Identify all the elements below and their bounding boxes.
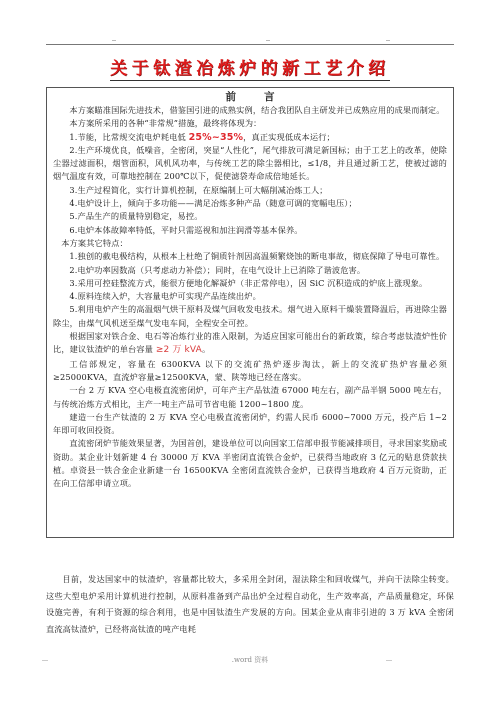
preface-paragraph: 1.节能，比常规交流电炉耗电低 25%~35%，真正实现低成本运行； (53, 131, 447, 144)
document-title: 关于钛渣冶炼炉的新工艺介绍 (0, 54, 500, 79)
preface-paragraph: 5.产品生产的质量特别稳定，易控。 (53, 210, 447, 223)
page-header-rule (46, 44, 454, 45)
paragraph-text: ，真正实现低成本运行； (243, 132, 335, 142)
paragraph-text: 1.节能，比常规交流电炉耗电低 (69, 132, 188, 142)
preface-paragraph: 5.利用电炉产生的高温烟气烘干原料及煤气回收发电技术。烟气进入原料干燥装置降温后… (53, 303, 447, 330)
header-tick-mark (386, 40, 390, 41)
body-paragraph: 目前，发达国家中的钛渣炉，容量都比较大，多采用全封闭，湿法除尘和回收煤气，并向干… (46, 571, 454, 638)
paragraph-text: 根据国家对铁合金、电石等冶炼行业的准入限制，为适应国家可能出台的新政策，综合考虑… (53, 331, 447, 354)
preface-paragraph: 2.生产环境优良，低噪音，全密闭，突显“人性化”，尾气排放可满足新国标；由于工艺… (53, 144, 447, 184)
body-text: 目前，发达国家中的钛渣炉，容量都比较大，多采用全封闭，湿法除尘和回收煤气，并向干… (46, 571, 454, 638)
preface-paragraph: 本方案所采用的各种“非常规”措施，最终将体现为： (53, 117, 447, 130)
preface-paragraph: 4.电炉设计上，倾向于多功能——满足冶炼多种产品（随意可调的宽幅电压）； (53, 197, 447, 210)
preface-paragraph: 6.电炉本体故障率特低，平时只需巡视和加注润滑等基本保养。 (53, 224, 447, 237)
page-footer: .word 资料 (0, 655, 500, 665)
preface-paragraph: 3.采用可控硅整流方式，能很方便地化解凝炉（非正常停电），因 SiC 沉积造成的… (53, 277, 447, 290)
preface-paragraph: 2.电炉功率因数高（只考虑动力补偿）；同时，在电气设计上已消除了谐波危害。 (53, 264, 447, 277)
paragraph-text: 。 (202, 344, 210, 354)
document-title-text: 关于钛渣冶炼炉的新工艺介绍 (110, 59, 390, 81)
preface-heading: 前言 (53, 90, 447, 104)
preface-paragraph: 根据国家对铁合金、电石等冶炼行业的准入限制，为适应国家可能出台的新政策，综合考虑… (53, 330, 447, 358)
preface-paragraph: 本方案瞄准国际先进技术，借鉴国引进的成熟实例，结合我团队自主研发并已成熟应用的成… (53, 104, 447, 117)
energy-saving-highlight: 25%~35% (189, 132, 244, 143)
preface-paragraph: 工信部规定，容量在 6300KVA 以下的交流矿热炉逐步淘汰，新上的交流矿热炉容… (53, 358, 447, 385)
header-tick-mark (112, 40, 116, 41)
capacity-highlight: ≥2 万 kVA (156, 345, 202, 355)
header-tick-mark (266, 40, 270, 41)
preface-paragraph: 直流密闭炉节能效果显著，为国首创，建设单位可以向国家工信部申报节能减排项目，寻求… (53, 437, 447, 490)
preface-paragraph: 一台 2 万 KVA 空心电极直流密闭炉，可年产主产品钛渣 67000 吨左右，… (53, 384, 447, 411)
preface-subheading: 本方案其它特点： (53, 237, 447, 250)
preface-paragraph: 建造一台生产钛渣的 2 万 KVA 空心电极直流密闭炉，约需人民币 6000~7… (53, 411, 447, 438)
preface-box: 前言 本方案瞄准国际先进技术，借鉴国引进的成熟实例，结合我团队自主研发并已成熟应… (46, 87, 454, 538)
preface-paragraph: 1.独创的截电极结构，从根本上杜绝了铜质针剂因高温频繁烧蚀的断电事故，彻底保障了… (53, 250, 447, 263)
preface-paragraph: 3.生产过程简化，实行计算机控制，在原编制上可大幅削减冶炼工人； (53, 184, 447, 197)
preface-paragraph: 4.原料连续入炉，大容量电炉可实现产品连续出炉。 (53, 290, 447, 303)
